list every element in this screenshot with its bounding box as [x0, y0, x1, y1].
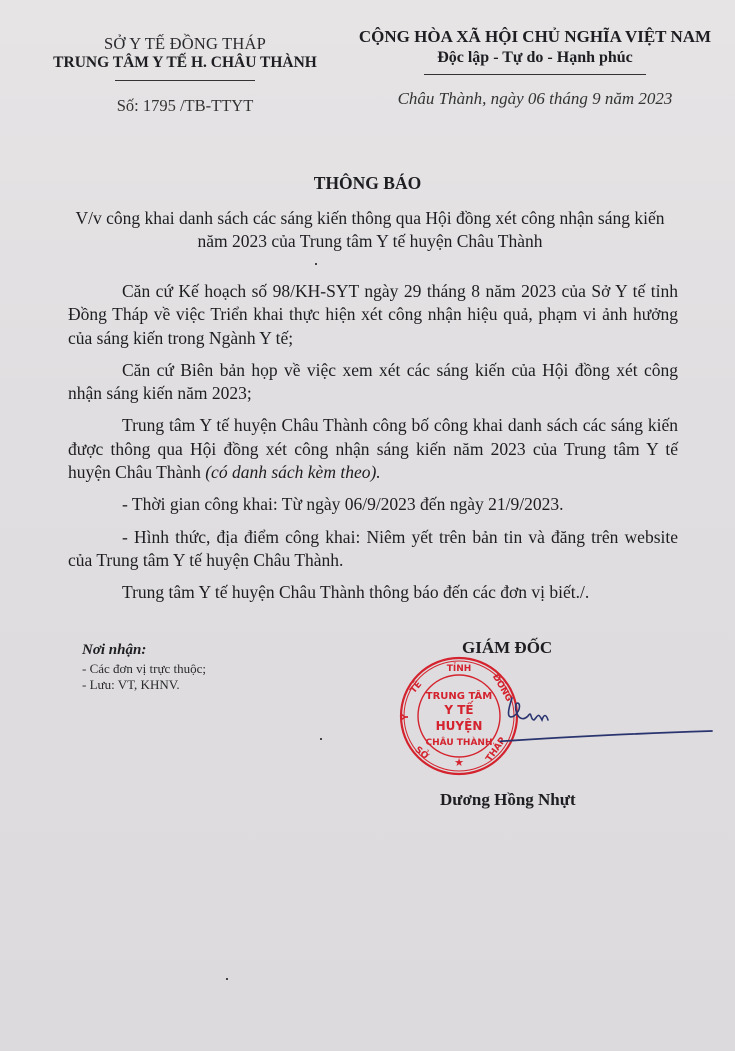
- recipient-item: - Lưu: VT, KHNV.: [82, 677, 206, 693]
- svg-text:TỈNH: TỈNH: [447, 662, 472, 674]
- svg-text:CHÂU THÀNH: CHÂU THÀNH: [426, 736, 493, 748]
- recipients-block: Nơi nhận: - Các đơn vị trực thuộc; - Lưu…: [82, 642, 206, 693]
- signature-icon: [500, 690, 715, 750]
- body-paragraph: Căn cứ Biên bản họp về việc xem xét các …: [68, 359, 678, 406]
- announcement-paragraph: Trung tâm Y tế huyện Châu Thành công bố …: [68, 414, 678, 484]
- document-title: THÔNG BÁO: [0, 173, 735, 194]
- organization-name: TRUNG TÂM Y TẾ H. CHÂU THÀNH: [40, 53, 330, 72]
- signer-name: Dương Hồng Nhựt: [440, 790, 576, 810]
- motto-divider: [424, 74, 646, 75]
- place-date: Châu Thành, ngày 06 tháng 9 năm 2023: [345, 89, 725, 109]
- national-header: CỘNG HÒA XÃ HỘI CHỦ NGHĨA VIỆT NAM Độc l…: [345, 26, 725, 109]
- document-subject: V/v công khai danh sách các sáng kiến th…: [60, 207, 680, 253]
- speck: [226, 978, 228, 980]
- subject-divider: [315, 263, 317, 265]
- svg-text:TRUNG TÂM: TRUNG TÂM: [426, 689, 492, 702]
- body-paragraph: Căn cứ Kế hoạch số 98/KH-SYT ngày 29 thá…: [68, 280, 678, 350]
- svg-text:HUYỆN: HUYỆN: [436, 718, 483, 733]
- closing-line: Trung tâm Y tế huyện Châu Thành thông bá…: [68, 581, 678, 604]
- publication-form: - Hình thức, địa điểm công khai: Niêm yế…: [68, 526, 678, 573]
- document-number: Số: 1795 /TB-TTYT: [40, 96, 330, 116]
- speck: [320, 738, 322, 740]
- svg-text:Y: Y: [401, 713, 411, 721]
- publication-time: - Thời gian công khai: Từ ngày 06/9/2023…: [68, 493, 678, 516]
- issuer-header: SỞ Y TẾ ĐỒNG THÁP TRUNG TÂM Y TẾ H. CHÂU…: [40, 34, 330, 116]
- recipient-item: - Các đơn vị trực thuộc;: [82, 661, 206, 677]
- svg-text:★: ★: [454, 756, 464, 769]
- header-divider: [115, 80, 255, 81]
- ministry-name: SỞ Y TẾ ĐỒNG THÁP: [40, 34, 330, 53]
- svg-text:Y TẾ: Y TẾ: [443, 701, 474, 717]
- attachment-note: (có danh sách kèm theo).: [205, 462, 380, 482]
- nation-name: CỘNG HÒA XÃ HỘI CHỦ NGHĨA VIỆT NAM: [345, 26, 725, 48]
- document-body: Căn cứ Kế hoạch số 98/KH-SYT ngày 29 thá…: [68, 280, 678, 614]
- recipients-heading: Nơi nhận:: [82, 642, 206, 659]
- national-motto: Độc lập - Tự do - Hạnh phúc: [345, 48, 725, 68]
